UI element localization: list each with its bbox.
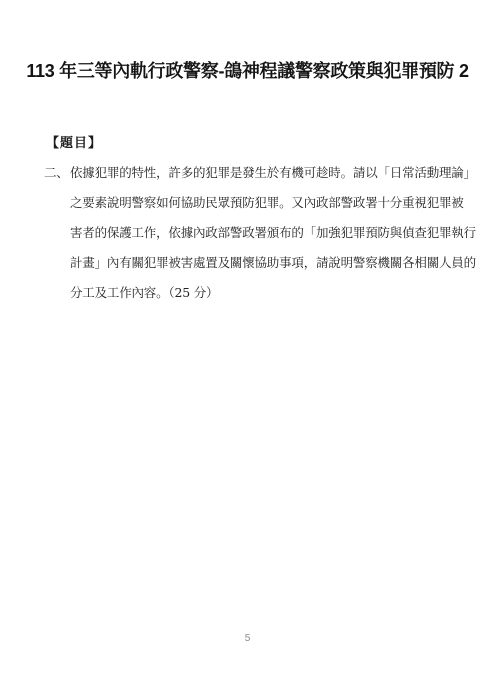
question-line: 害者的保護工作，依據內政部警政署頒布的「加強犯罪預防與偵查犯罪執行	[44, 218, 458, 248]
question-block: 二、依據犯罪的特性，許多的犯罪是發生於有機可趁時。請以「日常活動理論」 之要素說…	[44, 158, 458, 308]
section-label: 【題目】	[46, 132, 102, 151]
question-line: 二、依據犯罪的特性，許多的犯罪是發生於有機可趁時。請以「日常活動理論」	[44, 158, 458, 188]
page-number: 5	[0, 633, 495, 644]
question-line: 分工及工作內容。（25 分）	[44, 278, 458, 308]
question-number-marker: 二、	[44, 158, 70, 188]
document-page: 113 年三等內軌行政警察-鴿神程議警察政策與犯罪預防 2 【題目】 二、依據犯…	[0, 0, 495, 700]
question-line: 之要素說明警察如何協助民眾預防犯罪。又內政部警政署十分重視犯罪被	[44, 188, 458, 218]
document-title: 113 年三等內軌行政警察-鴿神程議警察政策與犯罪預防 2	[0, 57, 495, 83]
question-line-text: 依據犯罪的特性，許多的犯罪是發生於有機可趁時。請以「日常活動理論」	[70, 165, 476, 180]
question-line: 計畫」內有關犯罪被害處置及關懷協助事項，請說明警察機關各相關人員的	[44, 248, 458, 278]
